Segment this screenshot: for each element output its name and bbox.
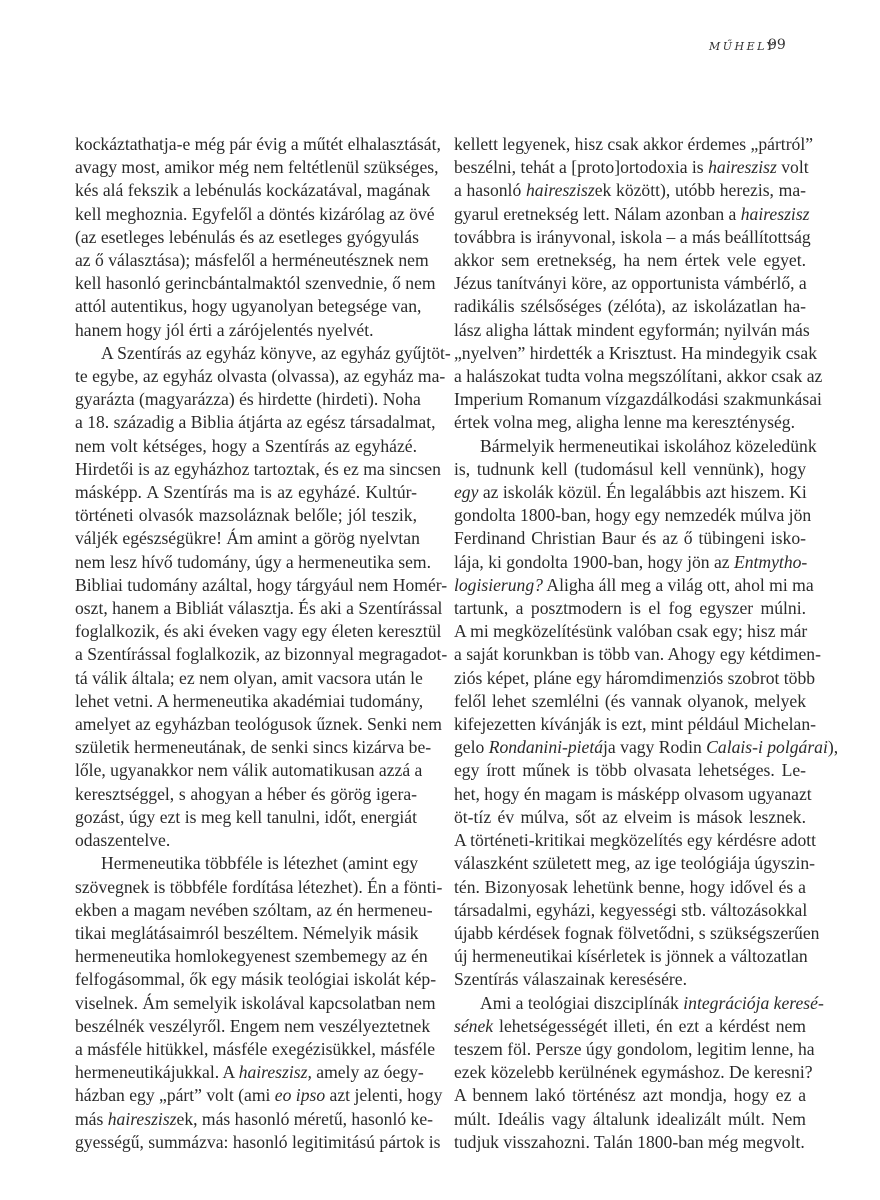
- text-line: odaszentelve.: [75, 829, 417, 852]
- text-line: gozást, úgy ezt is meg kell tanulni, idő…: [75, 806, 417, 829]
- text-line: het, hogy én magam is másképp olvasom ug…: [454, 783, 806, 806]
- text-column-right: kellett legyenek, hisz csak akkor érdeme…: [454, 133, 806, 1154]
- text-line: új hermeneutikai kísérletek is jönnek a …: [454, 945, 806, 968]
- text-line: váljék egészségükre! Ám amint a görög ny…: [75, 527, 417, 550]
- text-line: az ő választása); másfelől a herméneutés…: [75, 249, 417, 272]
- text-line: a saját korunkban is több van. Ahogy egy…: [454, 643, 806, 666]
- text-line: Ami a teológiai diszciplínák integrációj…: [454, 992, 806, 1015]
- text-line: tudjuk visszahozni. Talán 1800-ban még m…: [454, 1131, 806, 1154]
- text-line: öt-tíz év múlva, sőt az elveim is mások …: [454, 806, 806, 829]
- text-column-left: kockáztathatja-e még pár évig a műtét el…: [75, 133, 417, 1154]
- text-line: születik hermeneutának, de senki sincs k…: [75, 736, 417, 759]
- text-line: társadalmi, egyházi, kegyességi stb. vál…: [454, 899, 806, 922]
- text-line: oszt, hanem a Bibliát választja. És aki …: [75, 597, 417, 620]
- text-line: sének lehetségességét illeti, én ezt a k…: [454, 1015, 806, 1038]
- text-line: lőle, ugyanakkor nem válik automatikusan…: [75, 759, 417, 782]
- page-number: 99: [768, 37, 786, 53]
- section-title: MŰHELY: [709, 40, 776, 53]
- text-line: a halászokat tudta volna megszólítani, a…: [454, 365, 806, 388]
- text-line: továbbra is irányvonal, iskola – a más b…: [454, 226, 806, 249]
- text-line: Bármelyik hermeneutikai iskolához közele…: [454, 435, 806, 458]
- text-line: Szentírás válaszainak keresésére.: [454, 968, 806, 991]
- text-line: akkor sem eretnekség, ha nem értek vele …: [454, 249, 806, 272]
- text-line: újabb kérdések fognak fölvetődni, s szük…: [454, 922, 806, 945]
- text-line: gelo Rondanini-pietája vagy Rodin Calais…: [454, 736, 806, 759]
- text-line: teszem föl. Persze úgy gondolom, legitim…: [454, 1038, 806, 1061]
- text-line: viselnek. Ám semelyik iskolával kapcsola…: [75, 992, 417, 1015]
- text-line: házban egy „párt” volt (ami eo ipso azt …: [75, 1084, 417, 1107]
- text-line: A történeti-kritikai megközelítés egy ké…: [454, 829, 806, 852]
- text-line: nem volt kétséges, hogy a Szentírás az e…: [75, 435, 417, 458]
- text-line: kockáztathatja-e még pár évig a műtét el…: [75, 133, 417, 156]
- text-line: hanem hogy jól érti a zárójelentés nyelv…: [75, 319, 417, 342]
- text-line: Jézus tanítványi köre, az opportunista v…: [454, 272, 806, 295]
- text-line: egy az iskolák közül. Én legalábbis azt …: [454, 481, 806, 504]
- text-line: tartunk, a posztmodern is el fog egyszer…: [454, 597, 806, 620]
- text-line: nem lesz hívő tudomány, úgy a hermeneuti…: [75, 551, 417, 574]
- text-line: a Szentírással foglalkozik, az bizonnyal…: [75, 643, 417, 666]
- text-line: avagy most, amikor még nem feltétlenül s…: [75, 156, 417, 179]
- text-line: hermeneutikájukkal. A haireszisz, amely …: [75, 1061, 417, 1084]
- text-line: keresztséggel, s ahogyan a héber és görö…: [75, 783, 417, 806]
- text-line: a hasonló hairesziszek között), utóbb he…: [454, 179, 806, 202]
- text-line: kellett legyenek, hisz csak akkor érdeme…: [454, 133, 806, 156]
- text-line: történeti olvasók mazsoláznak belőle; jó…: [75, 504, 417, 527]
- text-line: a másféle hitükkel, másféle exegézisükke…: [75, 1038, 417, 1061]
- text-line: Hermeneutika többféle is létezhet (amint…: [75, 852, 417, 875]
- text-line: foglalkozik, és aki éveken vagy egy élet…: [75, 620, 417, 643]
- text-line: lász aligha láttak mindent egyformán; ny…: [454, 319, 806, 342]
- text-line: (az esetleges lebénulás és az esetleges …: [75, 226, 417, 249]
- text-line: Hirdetői is az egyházhoz tartoztak, és e…: [75, 458, 417, 481]
- text-line: te egybe, az egyház olvasta (olvassa), a…: [75, 365, 417, 388]
- text-line: is, tudnunk kell (tudomásul kell vennünk…: [454, 458, 806, 481]
- text-line: a 18. századig a Biblia átjárta az egész…: [75, 411, 417, 434]
- text-line: gyességű, summázva: hasonló legitimitású…: [75, 1131, 417, 1154]
- text-line: gondolta 1800-ban, hogy egy nemzedék múl…: [454, 504, 806, 527]
- text-line: logisierung? Aligha áll meg a világ ott,…: [454, 574, 806, 597]
- text-line: kell hasonló gerincbántalmaktól szenvedn…: [75, 272, 417, 295]
- text-line: A mi megközelítésünk valóban csak egy; h…: [454, 620, 806, 643]
- text-line: egy írott műnek is több olvasata lehetsé…: [454, 759, 806, 782]
- text-line: felől lehet szemlélni (és vannak olyanok…: [454, 690, 806, 713]
- text-line: felfogásommal, ők egy másik teológiai is…: [75, 968, 417, 991]
- text-line: tikai meglátásaimról beszéltem. Némelyik…: [75, 922, 417, 945]
- text-line: tá válik általa; ez nem olyan, amit vacs…: [75, 667, 417, 690]
- text-line: tén. Bizonyosak lehetünk benne, hogy idő…: [454, 876, 806, 899]
- text-line: gyarázta (magyarázza) és hirdette (hirde…: [75, 388, 417, 411]
- text-line: kés alá fekszik a lebénulás kockázatával…: [75, 179, 417, 202]
- text-line: szövegnek is többféle fordítása létezhet…: [75, 876, 417, 899]
- text-line: attól autentikus, hogy ugyanolyan betegs…: [75, 295, 417, 318]
- text-line: A bennem lakó történész azt mondja, hogy…: [454, 1084, 806, 1107]
- text-line: lehet vetni. A hermeneutika akadémiai tu…: [75, 690, 417, 713]
- text-line: kell meghoznia. Egyfelől a döntés kizáró…: [75, 203, 417, 226]
- text-line: beszélnék veszélyről. Engem nem veszélye…: [75, 1015, 417, 1038]
- text-line: Imperium Romanum vízgazdálkodási szakmun…: [454, 388, 806, 411]
- text-line: ekben a magam nevében szóltam, az én her…: [75, 899, 417, 922]
- text-line: hermeneutika homlokegyenest szembemegy a…: [75, 945, 417, 968]
- text-line: „nyelven” hirdették a Krisztust. Ha mind…: [454, 342, 806, 365]
- text-line: értek volna meg, aligha lenne ma kereszt…: [454, 411, 806, 434]
- text-line: ziós képet, pláne egy háromdimenziós szo…: [454, 667, 806, 690]
- text-line: Ferdinand Christian Baur és az ő tübinge…: [454, 527, 806, 550]
- text-line: amelyet az egyházban teológusok űznek. S…: [75, 713, 417, 736]
- text-line: kifejezetten kívánják is ezt, mint példá…: [454, 713, 806, 736]
- text-line: Bibliai tudomány azáltal, hogy tárgyául …: [75, 574, 417, 597]
- text-line: A Szentírás az egyház könyve, az egyház …: [75, 342, 417, 365]
- running-head: MŰHELY: [709, 40, 776, 53]
- text-line: múlt. Ideális vagy általunk idealizált m…: [454, 1108, 806, 1131]
- text-line: gyarul eretnekség lett. Nálam azonban a …: [454, 203, 806, 226]
- text-line: radikális szélsőséges (zélóta), az iskol…: [454, 295, 806, 318]
- text-line: másképp. A Szentírás ma is az egyházé. K…: [75, 481, 417, 504]
- text-line: ezek közelebb kerülnének egymáshoz. De k…: [454, 1061, 806, 1084]
- text-line: lája, ki gondolta 1900-ban, hogy jön az …: [454, 551, 806, 574]
- text-line: más hairesziszek, más hasonló méretű, ha…: [75, 1108, 417, 1131]
- text-line: beszélni, tehát a [proto]ortodoxia is ha…: [454, 156, 806, 179]
- text-line: válaszként született meg, az ige teológi…: [454, 852, 806, 875]
